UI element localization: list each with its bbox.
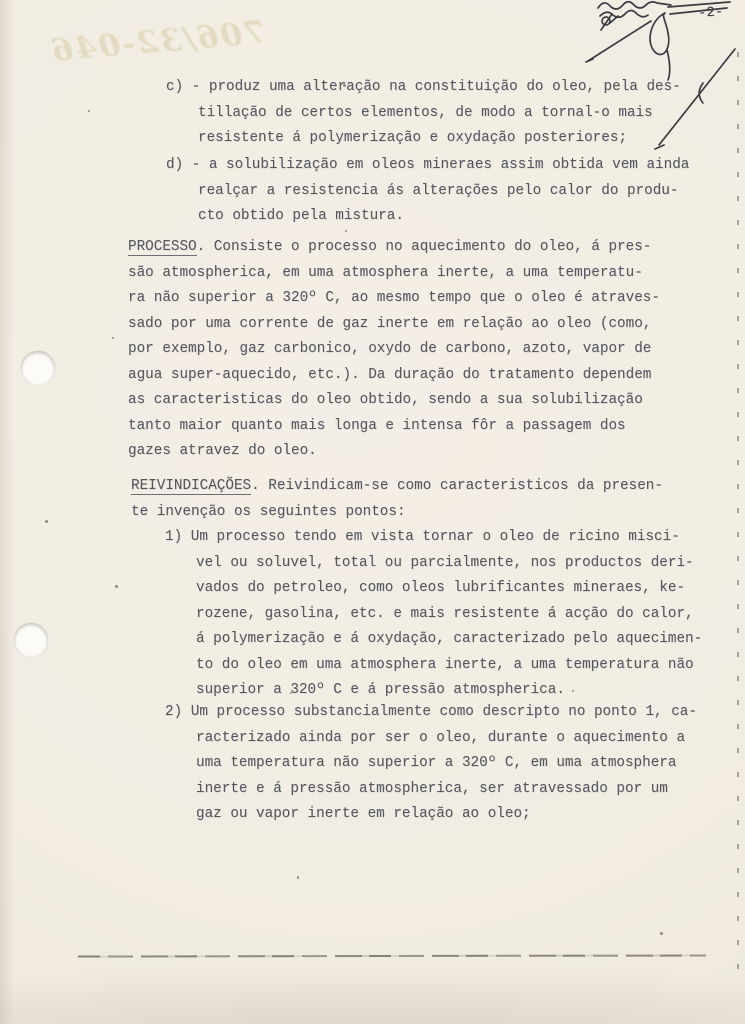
right-margin-dashed-rule xyxy=(737,52,739,977)
text-line: vel ou soluvel, total ou parcialmente, n… xyxy=(196,551,702,577)
heading-rest: . Consiste o processo no aquecimento do … xyxy=(197,239,652,255)
item-c: c) - produz uma alteração na constituiçã… xyxy=(166,75,681,152)
text-line: por exemplo, gaz carbonico, oxydo de car… xyxy=(128,337,660,363)
text-line: ra não superior a 320º C, ao mesmo tempo… xyxy=(128,286,660,312)
paper-speck xyxy=(343,84,346,87)
text-line: uma temperatura não superior a 320º C, e… xyxy=(196,751,697,777)
section-heading-processo: PROCESSO xyxy=(128,239,197,256)
paper-speck xyxy=(572,690,574,692)
text-line: c) - produz uma alteração na constituiçã… xyxy=(166,75,681,101)
text-line: 1) Um processo tendo em vista tornar o o… xyxy=(165,525,702,551)
paper-speck xyxy=(345,230,347,232)
text-line: agua super-aquecido, etc.). Da duração d… xyxy=(128,363,660,389)
text-line: sado por uma corrente de gaz inerte em r… xyxy=(128,312,660,338)
paper-speck xyxy=(290,692,292,694)
paragraph-reivindicacoes: REIVINDICAÇÕES. Reivindicam-se como cara… xyxy=(131,474,663,525)
text-line: as caracteristicas do oleo obtido, sendo… xyxy=(128,388,660,414)
section-heading-reivindicacoes: REIVINDICAÇÕES xyxy=(131,478,251,495)
punch-hole-top xyxy=(21,351,55,385)
scanned-document-page: 706/32-046 -2- c) - produz uma alteração… xyxy=(0,0,745,1024)
text-line: são atmospherica, em uma atmosphera iner… xyxy=(128,261,660,287)
heading-rest: . Reivindicam-se como caracteristicos da… xyxy=(251,478,663,494)
punch-hole-bottom xyxy=(14,623,48,657)
paper-speck xyxy=(88,110,90,112)
paper-speck xyxy=(660,932,663,935)
paper-speck xyxy=(45,520,48,523)
paper-speck xyxy=(112,337,114,339)
paragraph-first-line: PROCESSO. Consiste o processo no aquecim… xyxy=(128,235,660,261)
paraph-loop xyxy=(650,13,670,80)
scribble-stroke xyxy=(598,2,671,9)
claim-1: 1) Um processo tendo em vista tornar o o… xyxy=(165,525,702,704)
text-line: racterizado ainda por ser o oleo, durant… xyxy=(196,726,697,752)
text-line: á polymerização e á oxydação, caracteriz… xyxy=(196,627,702,653)
text-line: gaz ou vapor inerte em relação ao oleo; xyxy=(196,802,697,828)
text-line: 2) Um processo substancialmente como des… xyxy=(165,700,697,726)
paper-speck xyxy=(115,585,118,588)
text-line: resistente á polymerização e oxydação po… xyxy=(198,126,681,152)
text-line: te invenção os seguintes pontos: xyxy=(131,500,663,526)
page-number: -2- xyxy=(697,4,723,22)
paragraph-processo: PROCESSO. Consiste o processo no aquecim… xyxy=(128,235,660,465)
bleedthrough-watermark: 706/32-046 xyxy=(45,14,267,69)
paragraph-first-line: REIVINDICAÇÕES. Reivindicam-se como cara… xyxy=(131,474,663,500)
claim-2: 2) Um processo substancialmente como des… xyxy=(165,700,697,828)
text-line: gazes atravez do oleo. xyxy=(128,439,660,465)
text-line: cto obtido pela mistura. xyxy=(198,204,689,230)
text-line: d) - a solubilização em oleos mineraes a… xyxy=(166,153,689,179)
text-line: tillação de certos elementos, de modo a … xyxy=(198,101,681,127)
text-line: vados do petroleo, como oleos lubrifican… xyxy=(196,576,702,602)
text-line: realçar a resistencia ás alterações pelo… xyxy=(198,179,689,205)
item-d: d) - a solubilização em oleos mineraes a… xyxy=(166,153,689,230)
paper-speck xyxy=(297,876,299,879)
bottom-fold-line xyxy=(78,954,706,957)
diagonal-stroke xyxy=(586,21,651,62)
scribble-stroke xyxy=(600,11,648,18)
text-line: tanto maior quanto mais longa e intensa … xyxy=(128,414,660,440)
text-line: inerte e á pressão atmospherica, ser atr… xyxy=(196,777,697,803)
text-line: to do oleo em uma atmosphera inerte, a u… xyxy=(196,653,702,679)
text-line: rozene, gasolina, etc. e mais resistente… xyxy=(196,602,702,628)
